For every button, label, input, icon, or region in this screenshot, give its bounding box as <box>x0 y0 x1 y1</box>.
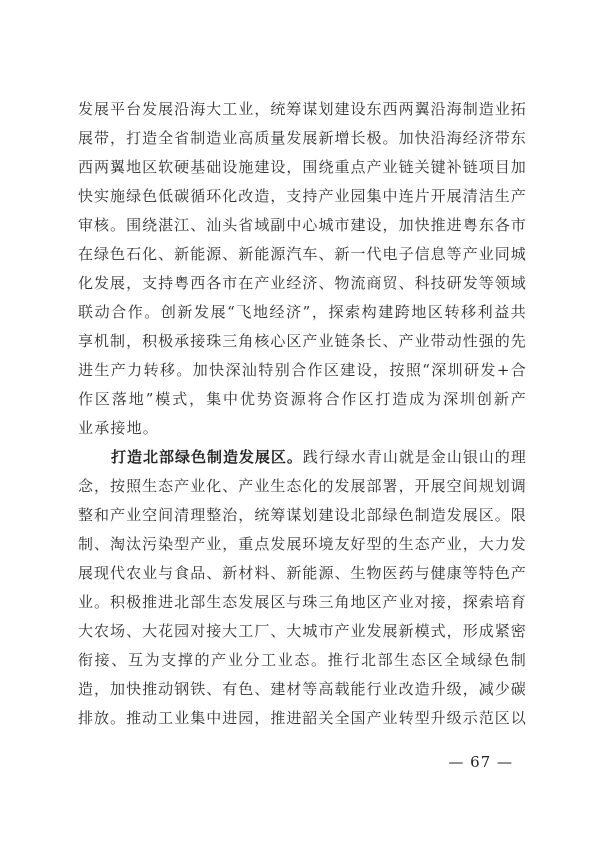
text-line: 审核。围绕湛江、汕头省域副中心城市建设，加快推进粤东各市 <box>78 211 526 240</box>
text-line: 发展平台发展沿海大工业，统筹谋划建设东西两翼沿海制造业拓 <box>78 95 526 124</box>
text-line: 作区落地”模式，集中优势资源将合作区打造成为深圳创新产 <box>78 385 526 414</box>
text-line: 享机制，积极承接珠三角核心区产业链条长、产业带动性强的先 <box>78 327 526 356</box>
paragraph-coastal-industry: 发展平台发展沿海大工业，统筹谋划建设东西两翼沿海制造业拓 展带，打造全省制造业高… <box>78 95 526 443</box>
text-line: 业。积极推进北部生态发展区与珠三角地区产业对接，探索培育 <box>78 588 526 617</box>
text-line: 快实施绿色低碳循环化改造，支持产业园集中连片开展清洁生产 <box>78 182 526 211</box>
text-line: 化发展，支持粤西各市在产业经济、物流商贸、科技研发等领域 <box>78 269 526 298</box>
text-line: 在绿色石化、新能源、新能源汽车、新一代电子信息等产业同城 <box>78 240 526 269</box>
text-line: 大农场、大花园对接大工厂、大城市产业发展新模式，形成紧密 <box>78 617 526 646</box>
text-line: 展带，打造全省制造业高质量发展新增长极。加快沿海经济带东 <box>78 124 526 153</box>
page-number: — 67 — <box>448 752 513 772</box>
text-line: 制、淘汰污染型产业，重点发展环境友好型的生态产业，大力发 <box>78 530 526 559</box>
text-line: 造，加快推动钢铁、有色、建材等高载能行业改造升级，减少碳 <box>78 675 526 704</box>
text-line: 排放。推动工业集中进园，推进韶关全国产业转型升级示范区以 <box>78 704 526 733</box>
paragraph-northern-green-manufacturing: 打造北部绿色制造发展区。践行绿水青山就是金山银山的理 念，按照生态产业化、产业生… <box>78 443 526 733</box>
text-line: 打造北部绿色制造发展区。践行绿水青山就是金山银山的理 <box>78 443 526 472</box>
document-page: 发展平台发展沿海大工业，统筹谋划建设东西两翼沿海制造业拓 展带，打造全省制造业高… <box>0 0 600 848</box>
text-line: 西两翼地区软硬基础设施建设，围绕重点产业链关键补链项目加 <box>78 153 526 182</box>
text-line: 展现代农业与食品、新材料、新能源、生物医药与健康等特色产 <box>78 559 526 588</box>
text-line: 念，按照生态产业化、产业生态化的发展部署，开展空间规划调 <box>78 472 526 501</box>
paragraph-lead-bold: 打造北部绿色制造发展区。 <box>111 448 303 466</box>
paragraph-lead-rest: 践行绿水青山就是金山银山的理 <box>303 448 526 466</box>
text-line: 联动合作。创新发展“飞地经济”，探索构建跨地区转移利益共 <box>78 298 526 327</box>
text-line: 进生产力转移。加快深汕特别合作区建设，按照“深圳研发+合 <box>78 356 526 385</box>
page-body: 发展平台发展沿海大工业，统筹谋划建设东西两翼沿海制造业拓 展带，打造全省制造业高… <box>78 95 526 733</box>
text-line: 业承接地。 <box>78 414 526 443</box>
text-line: 整和产业空间清理整治，统筹谋划建设北部绿色制造发展区。限 <box>78 501 526 530</box>
text-line: 衔接、互为支撑的产业分工业态。推行北部生态区全域绿色制 <box>78 646 526 675</box>
